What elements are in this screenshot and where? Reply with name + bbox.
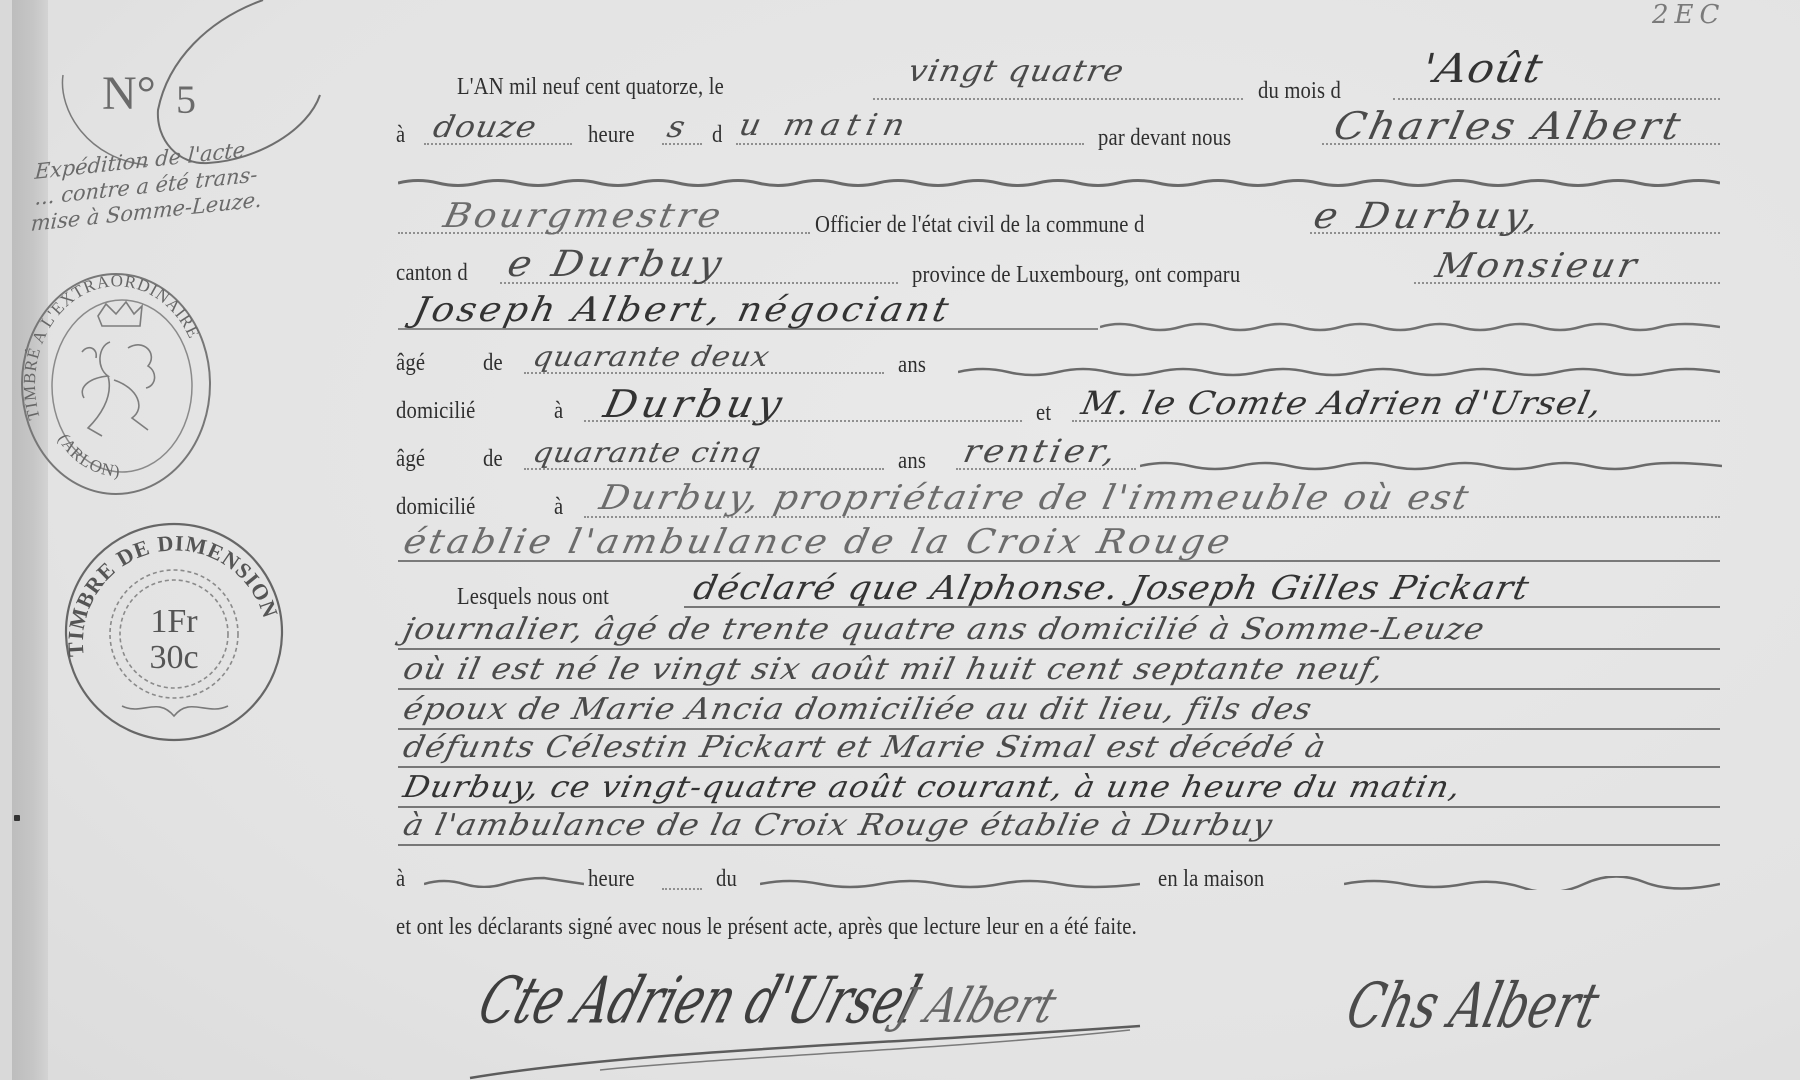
l7-filler-wave bbox=[958, 364, 1720, 378]
l2-printed-par-devant: par devant nous bbox=[1098, 125, 1231, 152]
l18-rule bbox=[398, 844, 1720, 846]
stamp1-top-text: TIMBRÉ A L'EXTRAORDINAIRE bbox=[20, 271, 204, 422]
l9-age-value: quarante cinq bbox=[530, 436, 765, 469]
stamp2-value-francs: 1Fr bbox=[150, 603, 198, 640]
signature-charles-albert: Chs Albert bbox=[1340, 969, 1606, 1042]
l19-maison-wave bbox=[1344, 876, 1720, 890]
l8-printed-et: et bbox=[1036, 400, 1051, 427]
l8-printed-a: à bbox=[554, 398, 563, 425]
l9-filler-wave bbox=[1140, 458, 1722, 472]
l8-declarant2-name: M. le Comte Adrien d'Ursel, bbox=[1078, 384, 1606, 422]
l5-comparu-value: Monsieur bbox=[1432, 246, 1643, 286]
l19-printed-maison: en la maison bbox=[1158, 866, 1264, 893]
l3-filler-wave bbox=[398, 176, 1720, 190]
l19-printed-du: du bbox=[716, 866, 737, 893]
l8-domicile-value: Durbuy bbox=[600, 382, 790, 426]
l1-printed-intro: L'AN mil neuf cent quatorze, le bbox=[457, 74, 724, 101]
stamp1-bottom-text: (ARLON) bbox=[54, 431, 121, 481]
l19-hour-wave bbox=[424, 874, 584, 888]
l1-month-rule bbox=[1393, 98, 1720, 100]
l14-text: où il est né le vingt six août mil huit … bbox=[400, 652, 1387, 687]
l19-printed-a: à bbox=[396, 866, 405, 893]
l10-printed-domicilie: domicilié bbox=[396, 494, 476, 521]
l13-rule bbox=[398, 648, 1720, 650]
l7-printed-ans: ans bbox=[898, 352, 926, 379]
l10-domicile-value: Durbuy, propriétaire de l'immeuble où es… bbox=[596, 478, 1474, 518]
l2-printed-heure: heure bbox=[588, 122, 635, 149]
corner-page-note: 2EC bbox=[1652, 0, 1725, 30]
l5-printed-province: province de Luxembourg, ont comparu bbox=[912, 262, 1240, 289]
l20-printed-closing: et ont les déclarants signé avec nous le… bbox=[396, 914, 1137, 941]
l5-canton-value: e Durbuy bbox=[504, 244, 729, 285]
l2-officer-value: Charles Albert bbox=[1330, 104, 1688, 148]
l1-day-rule bbox=[873, 98, 1243, 100]
l8-printed-domicilie: domicilié bbox=[396, 398, 476, 425]
l1-day-value: vingt quatre bbox=[905, 54, 1128, 89]
l14-rule bbox=[398, 688, 1720, 690]
l12-printed-lesquels: Lesquels nous ont bbox=[457, 584, 609, 611]
l9-printed-age: âgé bbox=[396, 446, 425, 473]
l18-text: à l'ambulance de la Croix Rouge établie … bbox=[400, 808, 1276, 843]
l6-filler-wave bbox=[1100, 320, 1720, 334]
stamp2-value-centimes: 30c bbox=[149, 639, 198, 676]
ribbon-icon bbox=[122, 706, 228, 716]
l2-time-value: u matin bbox=[736, 108, 914, 143]
crowned-lion-icon bbox=[82, 302, 155, 436]
l4-title-value: Bourgmestre bbox=[440, 196, 727, 236]
stamp-timbre-extraordinaire: TIMBRÉ A L'EXTRAORDINAIRE (ARLON) bbox=[18, 268, 214, 500]
act-number-value: 5 bbox=[176, 76, 196, 123]
l2-printed-d: d bbox=[712, 122, 722, 149]
l19-s-rule bbox=[662, 888, 702, 890]
l4-printed-officier: Officier de l'état civil de la commune d bbox=[815, 212, 1144, 239]
l9-printed-de: de bbox=[483, 446, 503, 473]
ink-speck bbox=[14, 815, 20, 821]
l17-text: Durbuy, ce vingt-quatre août courant, à … bbox=[400, 770, 1464, 805]
l7-printed-age: âgé bbox=[396, 350, 425, 377]
l9-occupation-value: rentier, bbox=[960, 432, 1122, 470]
l9-printed-ans: ans bbox=[898, 448, 926, 475]
svg-text:TIMBRÉ A L'EXTRAORDINAIRE: TIMBRÉ A L'EXTRAORDINAIRE bbox=[20, 271, 204, 422]
stamp-timbre-dimension: TIMBRE DE DIMENSION 1Fr 30c bbox=[62, 516, 288, 748]
l13-text: journalier, âgé de trente quatre ans dom… bbox=[400, 612, 1488, 647]
l5-printed-canton: canton d bbox=[396, 260, 468, 287]
l11-establishment: établie l'ambulance de la Croix Rouge bbox=[400, 522, 1237, 562]
l16-text: défunts Célestin Pickart et Marie Simal … bbox=[400, 730, 1329, 765]
l19-printed-heure: heure bbox=[588, 866, 635, 893]
l1-month-value: 'Août bbox=[1418, 46, 1547, 92]
l6-declarant1-name: Joseph Albert, négociant bbox=[410, 290, 955, 330]
l19-du-wave bbox=[760, 876, 1140, 890]
l16-rule bbox=[398, 766, 1720, 768]
l1-printed-month: du mois d bbox=[1258, 78, 1341, 105]
signature-underline-flourish bbox=[440, 1020, 1160, 1080]
l15-text: époux de Marie Ancia domiciliée au dit l… bbox=[400, 692, 1316, 727]
l12-declaration: déclaré que Alphonse. Joseph Gilles Pick… bbox=[690, 568, 1533, 607]
left-edge-strip bbox=[0, 0, 12, 1080]
act-number-prefix: N° bbox=[102, 66, 156, 121]
l2-time-rule bbox=[736, 143, 1084, 145]
l7-age-value: quarante deux bbox=[530, 340, 773, 373]
l2-printed-a: à bbox=[396, 122, 405, 149]
l10-printed-a: à bbox=[554, 494, 563, 521]
l4-commune-value: e Durbuy, bbox=[1310, 196, 1547, 237]
l7-printed-de: de bbox=[483, 350, 503, 377]
svg-text:(ARLON): (ARLON) bbox=[54, 431, 121, 481]
l2-hour-value: douze bbox=[430, 110, 540, 145]
